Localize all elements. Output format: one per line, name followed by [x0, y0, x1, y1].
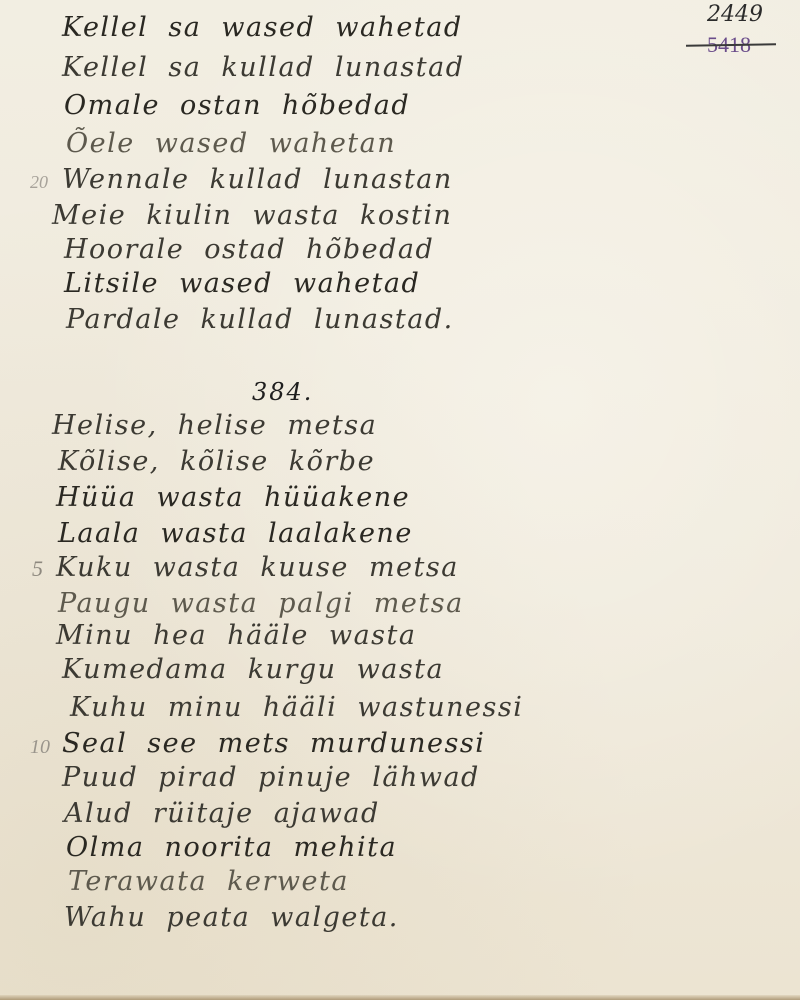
margin-line-number: 20 [30, 172, 48, 193]
verse-line: Olma noorita mehita [66, 832, 397, 863]
verse-line: Laala wasta laalakene [58, 518, 413, 549]
verse-line: Alud rüitaje ajawad [64, 798, 380, 829]
verse-line: Paugu wasta palgi metsa [58, 588, 464, 619]
margin-line-number: 5 [32, 556, 43, 582]
song-number: 384. [252, 378, 313, 406]
verse-line: Kuku wasta kuuse metsa [56, 552, 459, 583]
archive-number: 2449 5418 [700, 4, 770, 26]
verse-line: Seal see mets murdunessi [62, 728, 485, 759]
margin-line-number: 10 [30, 736, 50, 759]
verse-line: Minu hea hääle wasta [56, 620, 416, 651]
archive-number-old: 5418 [688, 34, 770, 56]
verse-line: Litsile wased wahetad [64, 268, 420, 299]
verse-line: Puud pirad pinuje lähwad [62, 762, 480, 793]
verse-line: Kellel sa kullad lunastad [62, 52, 465, 83]
verse-line: Meie kiulin wasta kostin [52, 200, 452, 231]
verse-line: Kõlise, kõlise kõrbe [58, 446, 375, 477]
verse-line: Hüüa wasta hüüakene [56, 482, 410, 513]
verse-line: Hoorale ostad hõbedad [64, 234, 434, 265]
verse-line: Wennale kullad lunastan [62, 164, 453, 195]
verse-line: Kuhu minu hääli wastunessi [70, 692, 523, 723]
verse-line: Õele wased wahetan [66, 128, 396, 159]
verse-line: Wahu peata walgeta. [64, 902, 399, 933]
archive-number-current: 2449 [707, 2, 763, 27]
verse-line: Terawata kerweta [68, 866, 349, 897]
manuscript-page: 2449 5418 Kellel sa wased wahetad Kellel… [0, 0, 800, 1000]
verse-line: Omale ostan hõbedad [64, 90, 410, 121]
verse-line: Kellel sa wased wahetad [62, 12, 463, 43]
verse-line: Pardale kullad lunastad. [66, 304, 454, 335]
verse-line: Helise, helise metsa [52, 410, 377, 441]
page-bottom-edge [0, 995, 800, 1000]
verse-line: Kumedama kurgu wasta [62, 654, 444, 685]
